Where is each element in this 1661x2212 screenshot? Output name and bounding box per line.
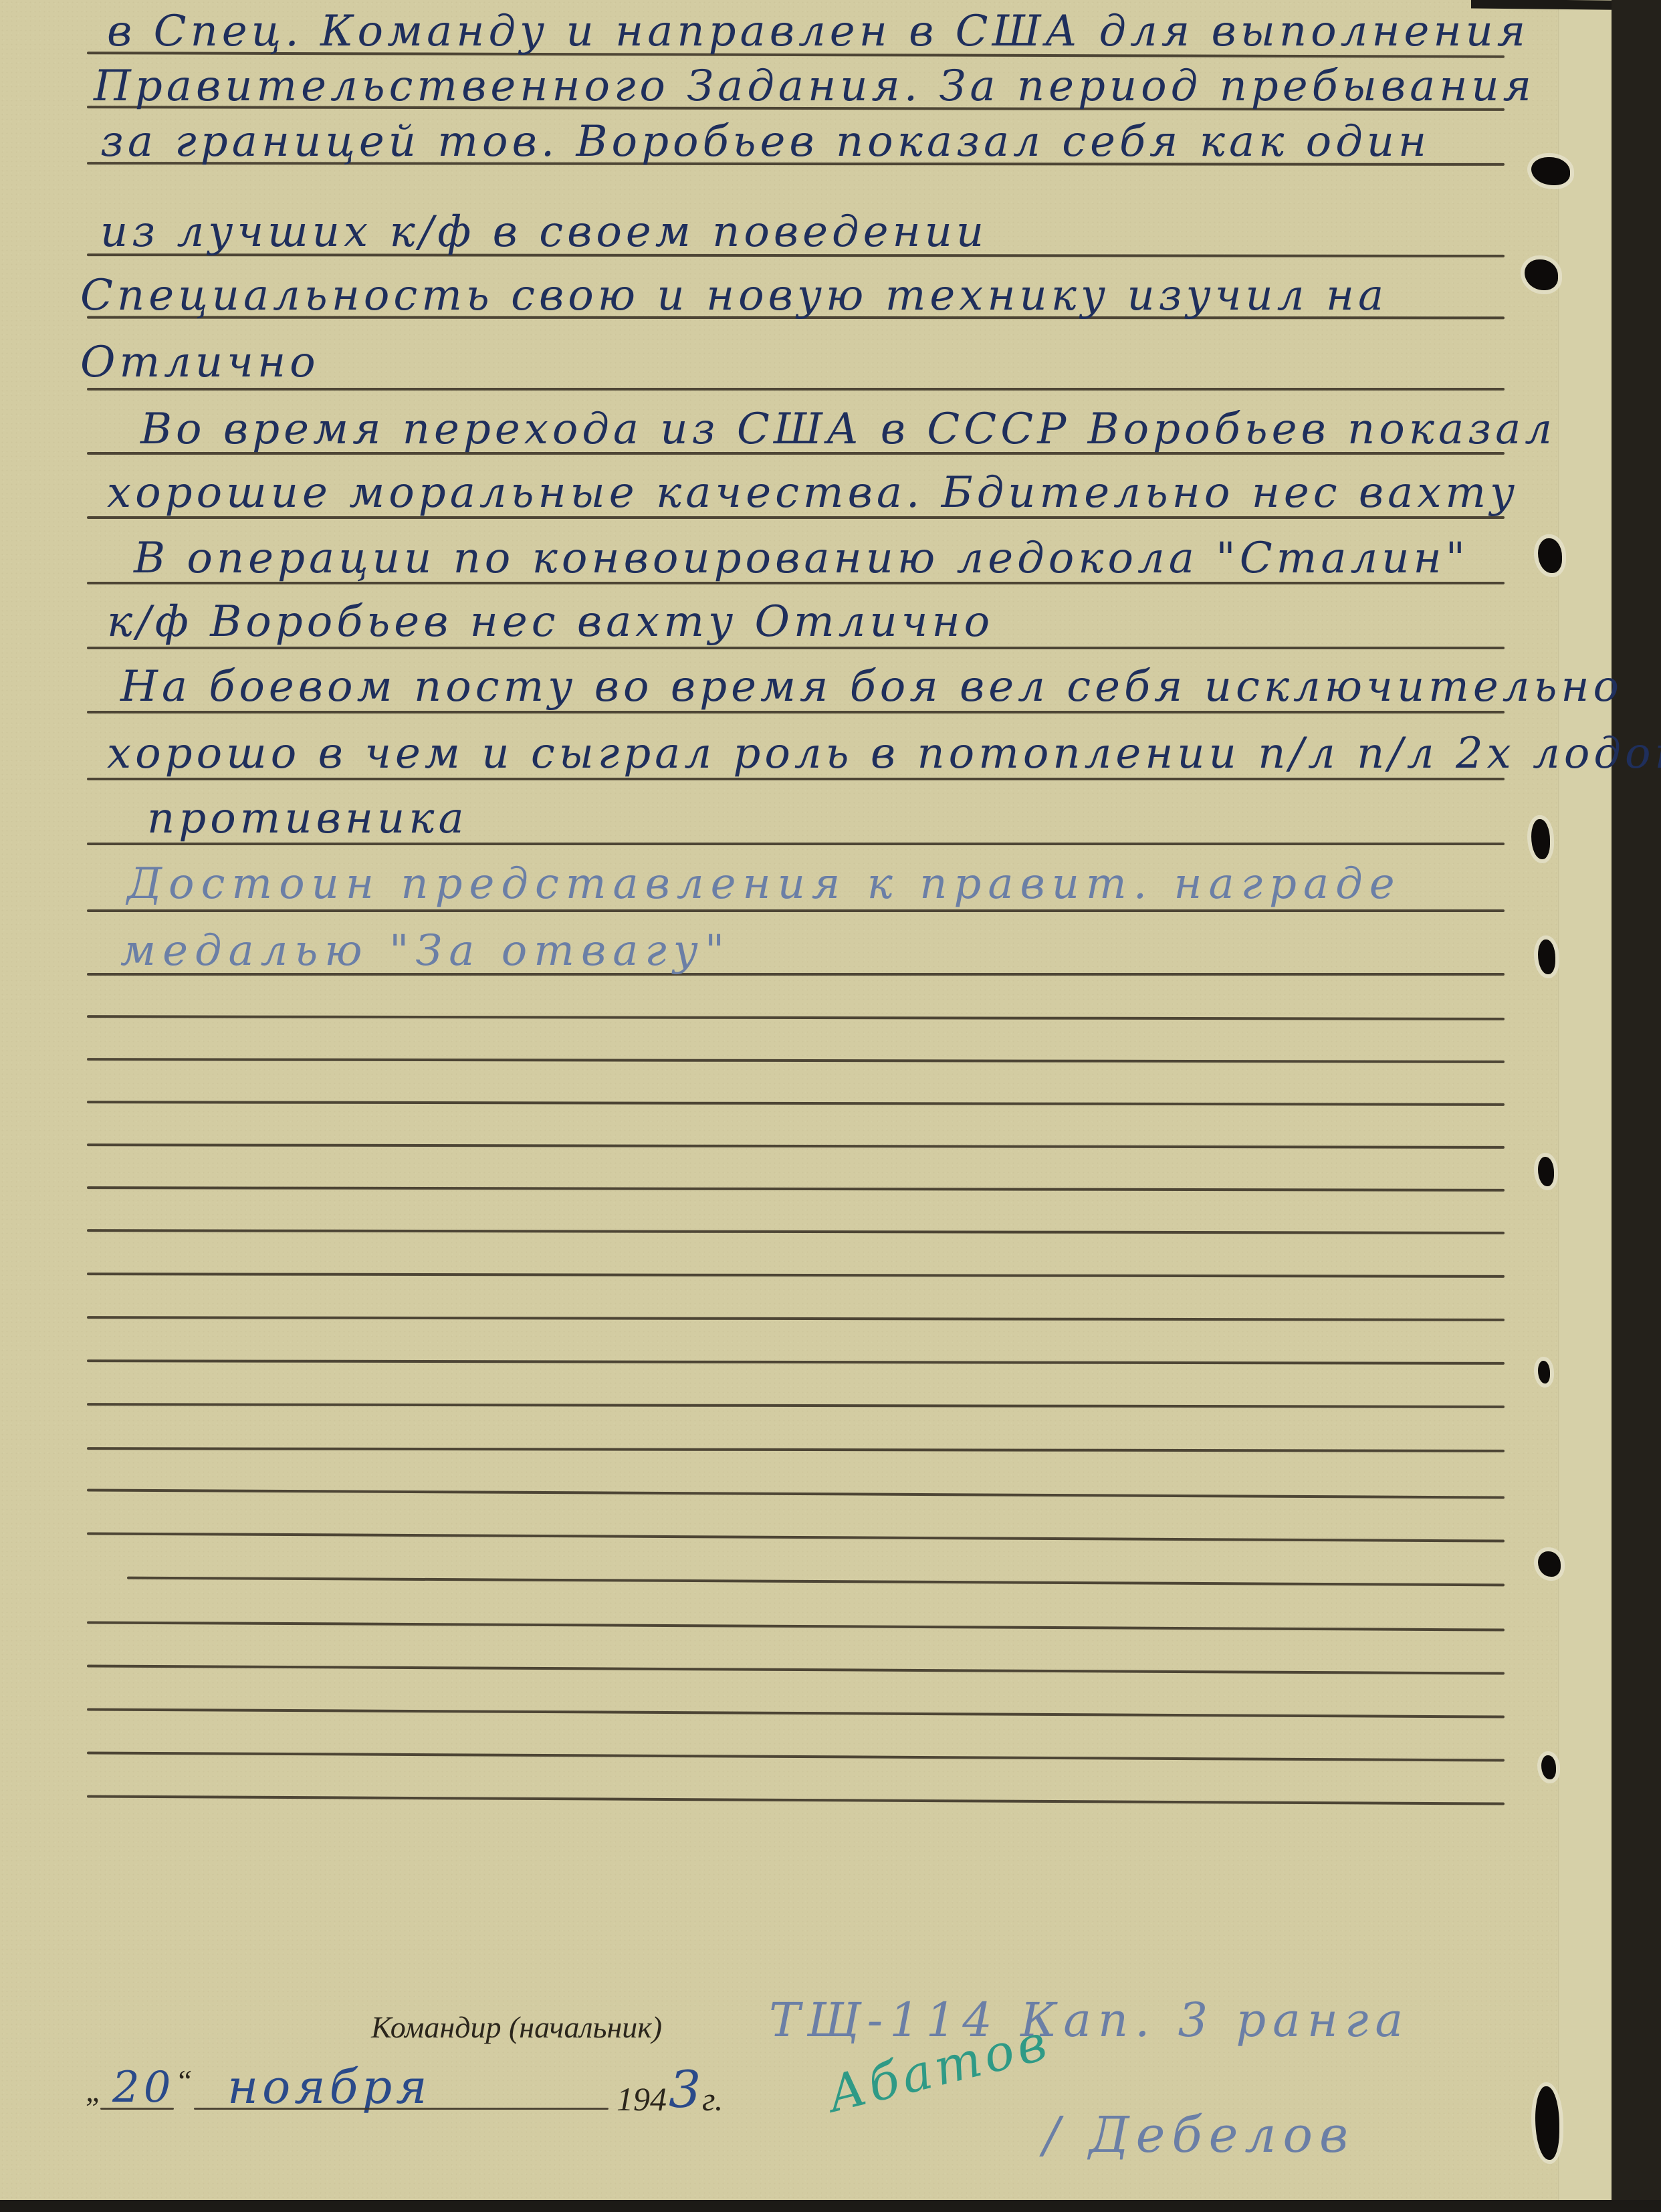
handwritten-line: Во время перехода из США в СССР Воробьев…: [140, 405, 1556, 454]
ruled-line: [87, 909, 1505, 912]
ruled-line: [87, 647, 1505, 649]
handwritten-line: Отлично: [80, 338, 320, 387]
date-day-underline: [100, 2108, 174, 2110]
date-close-quote: “: [175, 2063, 193, 2098]
date-month-underline: [194, 2108, 608, 2110]
handwritten-line: из лучших к/ф в своем поведении: [100, 207, 988, 257]
handwritten-line: хорошие моральные качества. Бдительно не…: [107, 468, 1519, 518]
punch-hole: [1541, 1755, 1556, 1779]
commander-name: / Дебелов: [1043, 2106, 1355, 2164]
date-year-suffix: 3: [669, 2060, 705, 2119]
handwritten-line: к/ф Воробьев нес вахту Отлично: [107, 597, 994, 647]
date-month: ноября: [227, 2060, 431, 2114]
handwritten-line: в Спец. Команду и направлен в США для вы…: [107, 7, 1529, 56]
date-day: 20: [112, 2063, 175, 2112]
punch-hole: [1538, 939, 1555, 974]
page-fold-strip: [1558, 0, 1612, 2200]
ruled-line: [87, 388, 1505, 391]
recommendation-line: медалью "За отвагу": [120, 926, 731, 976]
commander-label: Командир (начальник): [371, 2009, 662, 2045]
date-year-prefix: 194: [617, 2080, 667, 2118]
scan-edge-right: [1612, 0, 1661, 2212]
handwritten-line: На боевом посту во время боя вел себя ис…: [120, 662, 1623, 711]
date-open-quote: „: [86, 2073, 103, 2108]
handwritten-line: за границей тов. Воробьев показал себя к…: [100, 117, 1430, 167]
scan-edge-bottom: [0, 2200, 1661, 2212]
handwritten-line: Правительственного Задания. За период пр…: [94, 62, 1535, 111]
recommendation-line: Достоин представления к правит. награде: [127, 859, 1402, 909]
document-page: [0, 0, 1612, 2200]
date-year-unit: г.: [702, 2080, 723, 2118]
commander-rank-unit: ТЩ-114 Кап. 3 ранга: [769, 1993, 1410, 2048]
punch-hole: [1538, 1157, 1554, 1186]
punch-hole: [1538, 1361, 1550, 1384]
handwritten-line: противника: [147, 794, 468, 843]
handwritten-line: хорошо в чем и сыграл роль в потоплении …: [107, 729, 1661, 778]
handwritten-line: Специальность свою и новую технику изучи…: [80, 271, 1388, 320]
handwritten-line: В операции по конвоированию ледокола "Ст…: [134, 534, 1469, 583]
